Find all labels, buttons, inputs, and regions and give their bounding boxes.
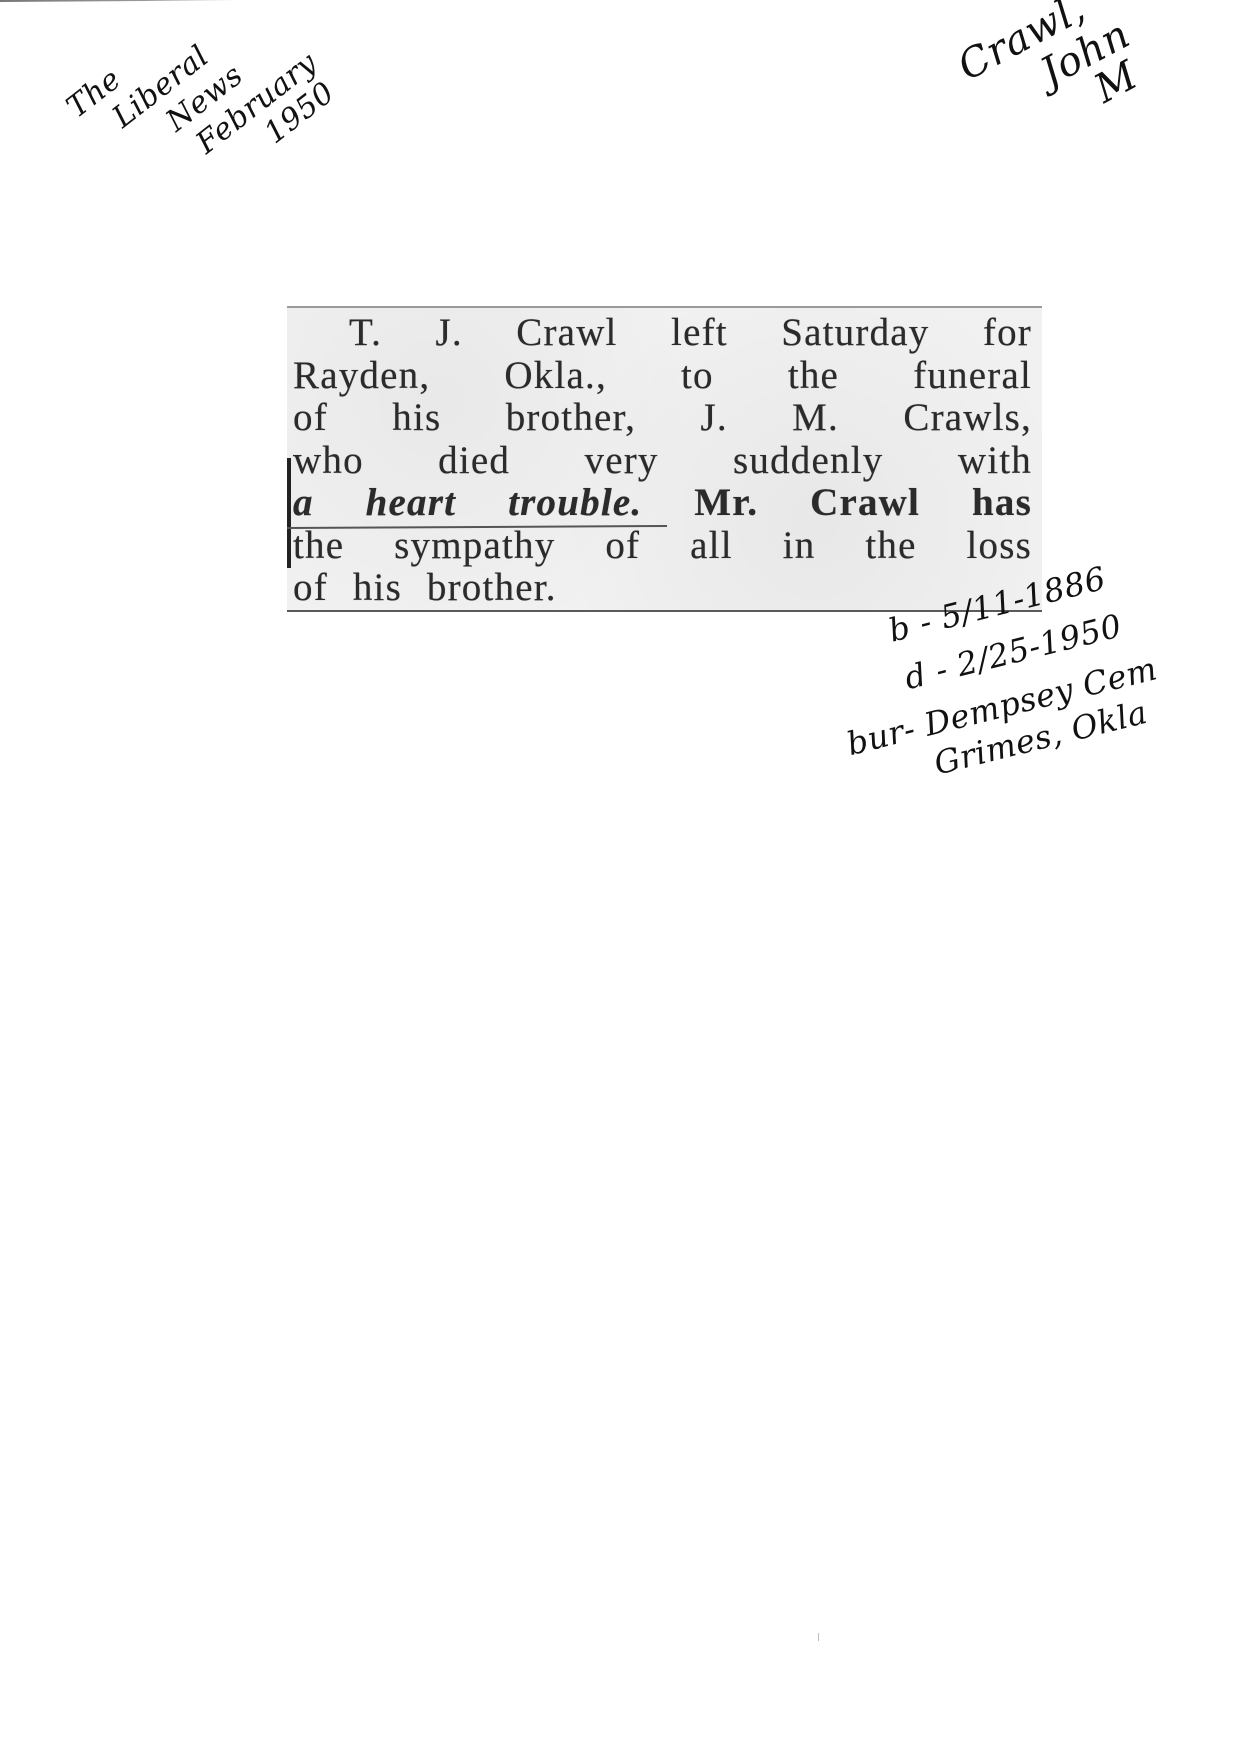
clipping-text-line: Rayden, Okla., to the funeral [293,355,1032,398]
newspaper-clipping: T. J. Crawl left Saturday for Rayden, Ok… [287,306,1042,612]
clipping-edge-mark [287,458,291,568]
scan-speck [818,1633,819,1641]
clipping-italic-phrase: a heart trouble. [293,481,642,524]
handwritten-source-note: The Liberal News February 1950 [62,0,344,236]
clipping-bold-phrase: Mr. Crawl has [694,481,1032,524]
clipping-text-line: T. J. Crawl left Saturday for [293,312,1032,355]
clipping-text-line: a heart trouble. Mr. Crawl has [293,482,1032,525]
clipping-text-line: who died very suddenly with [293,440,1032,483]
clipping-text-line: of his brother, J. M. Crawls, [293,397,1032,440]
handwritten-subject-name: Crawl, John M [952,0,1155,161]
clipping-text-line: the sympathy of all in the loss [293,525,1032,568]
